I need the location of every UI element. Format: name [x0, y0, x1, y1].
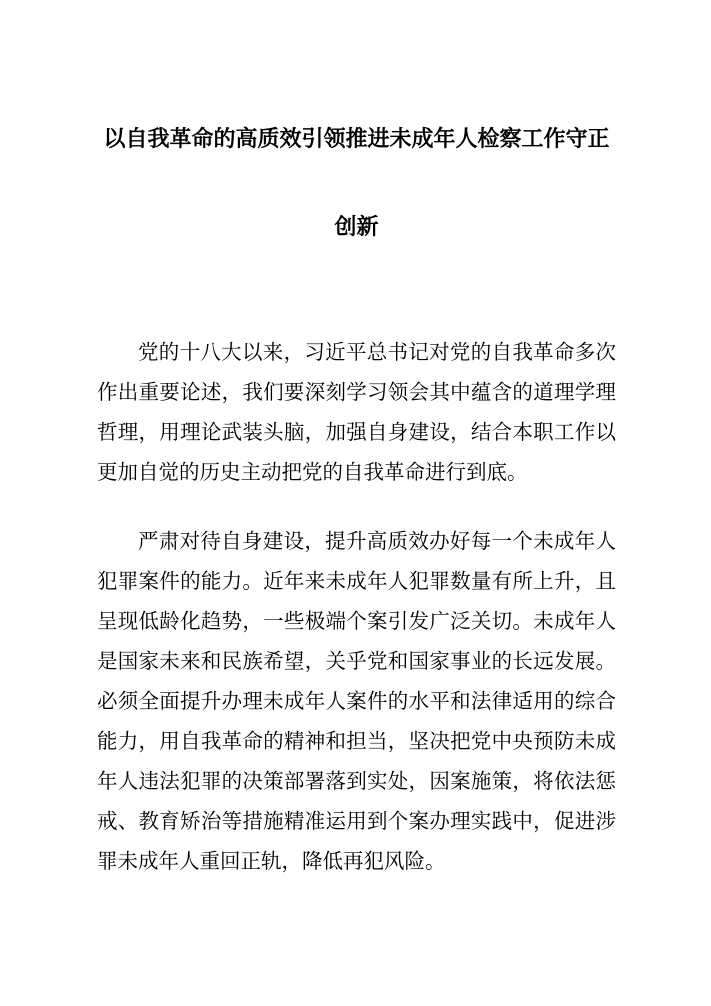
text-line: 罪未成年人重回正轨，降低再犯风险。 [97, 842, 616, 882]
text-line: 是国家未来和民族希望，关乎党和国家事业的长远发展。 [97, 642, 616, 682]
paragraph-1: 党的十八大以来，习近平总书记对党的自我革命多次 作出重要论述，我们要深刻学习领会… [97, 333, 616, 493]
document-title: 以自我革命的高质效引领推进未成年人检察工作守正 创新 [97, 95, 616, 271]
text-line: 年人违法犯罪的决策部署落到实处，因案施策，将依法惩 [97, 762, 616, 802]
text-line: 作出重要论述，我们要深刻学习领会其中蕴含的道理学理 [97, 373, 616, 413]
title-line-2: 创新 [97, 183, 616, 271]
text-line: 哲理，用理论武装头脑，加强自身建设，结合本职工作以 [97, 413, 616, 453]
text-line: 严肃对待自身建设，提升高质效办好每一个未成年人 [97, 522, 616, 562]
text-line: 犯罪案件的能力。近年来未成年人犯罪数量有所上升，且 [97, 562, 616, 602]
text-line: 必须全面提升办理未成年人案件的水平和法律适用的综合 [97, 682, 616, 722]
text-line: 党的十八大以来，习近平总书记对党的自我革命多次 [97, 333, 616, 373]
document-page: 以自我革命的高质效引领推进未成年人检察工作守正 创新 党的十八大以来，习近平总书… [0, 0, 711, 1006]
title-line-1: 以自我革命的高质效引领推进未成年人检察工作守正 [97, 95, 616, 183]
text-line: 戒、教育矫治等措施精准运用到个案办理实践中，促进涉 [97, 802, 616, 842]
text-line: 呈现低龄化趋势，一些极端个案引发广泛关切。未成年人 [97, 602, 616, 642]
page-content: 以自我革命的高质效引领推进未成年人检察工作守正 创新 党的十八大以来，习近平总书… [97, 0, 616, 882]
text-line: 更加自觉的历史主动把党的自我革命进行到底。 [97, 453, 616, 493]
text-line: 能力，用自我革命的精神和担当，坚决把党中央预防未成 [97, 722, 616, 762]
paragraph-2: 严肃对待自身建设，提升高质效办好每一个未成年人 犯罪案件的能力。近年来未成年人犯… [97, 522, 616, 882]
